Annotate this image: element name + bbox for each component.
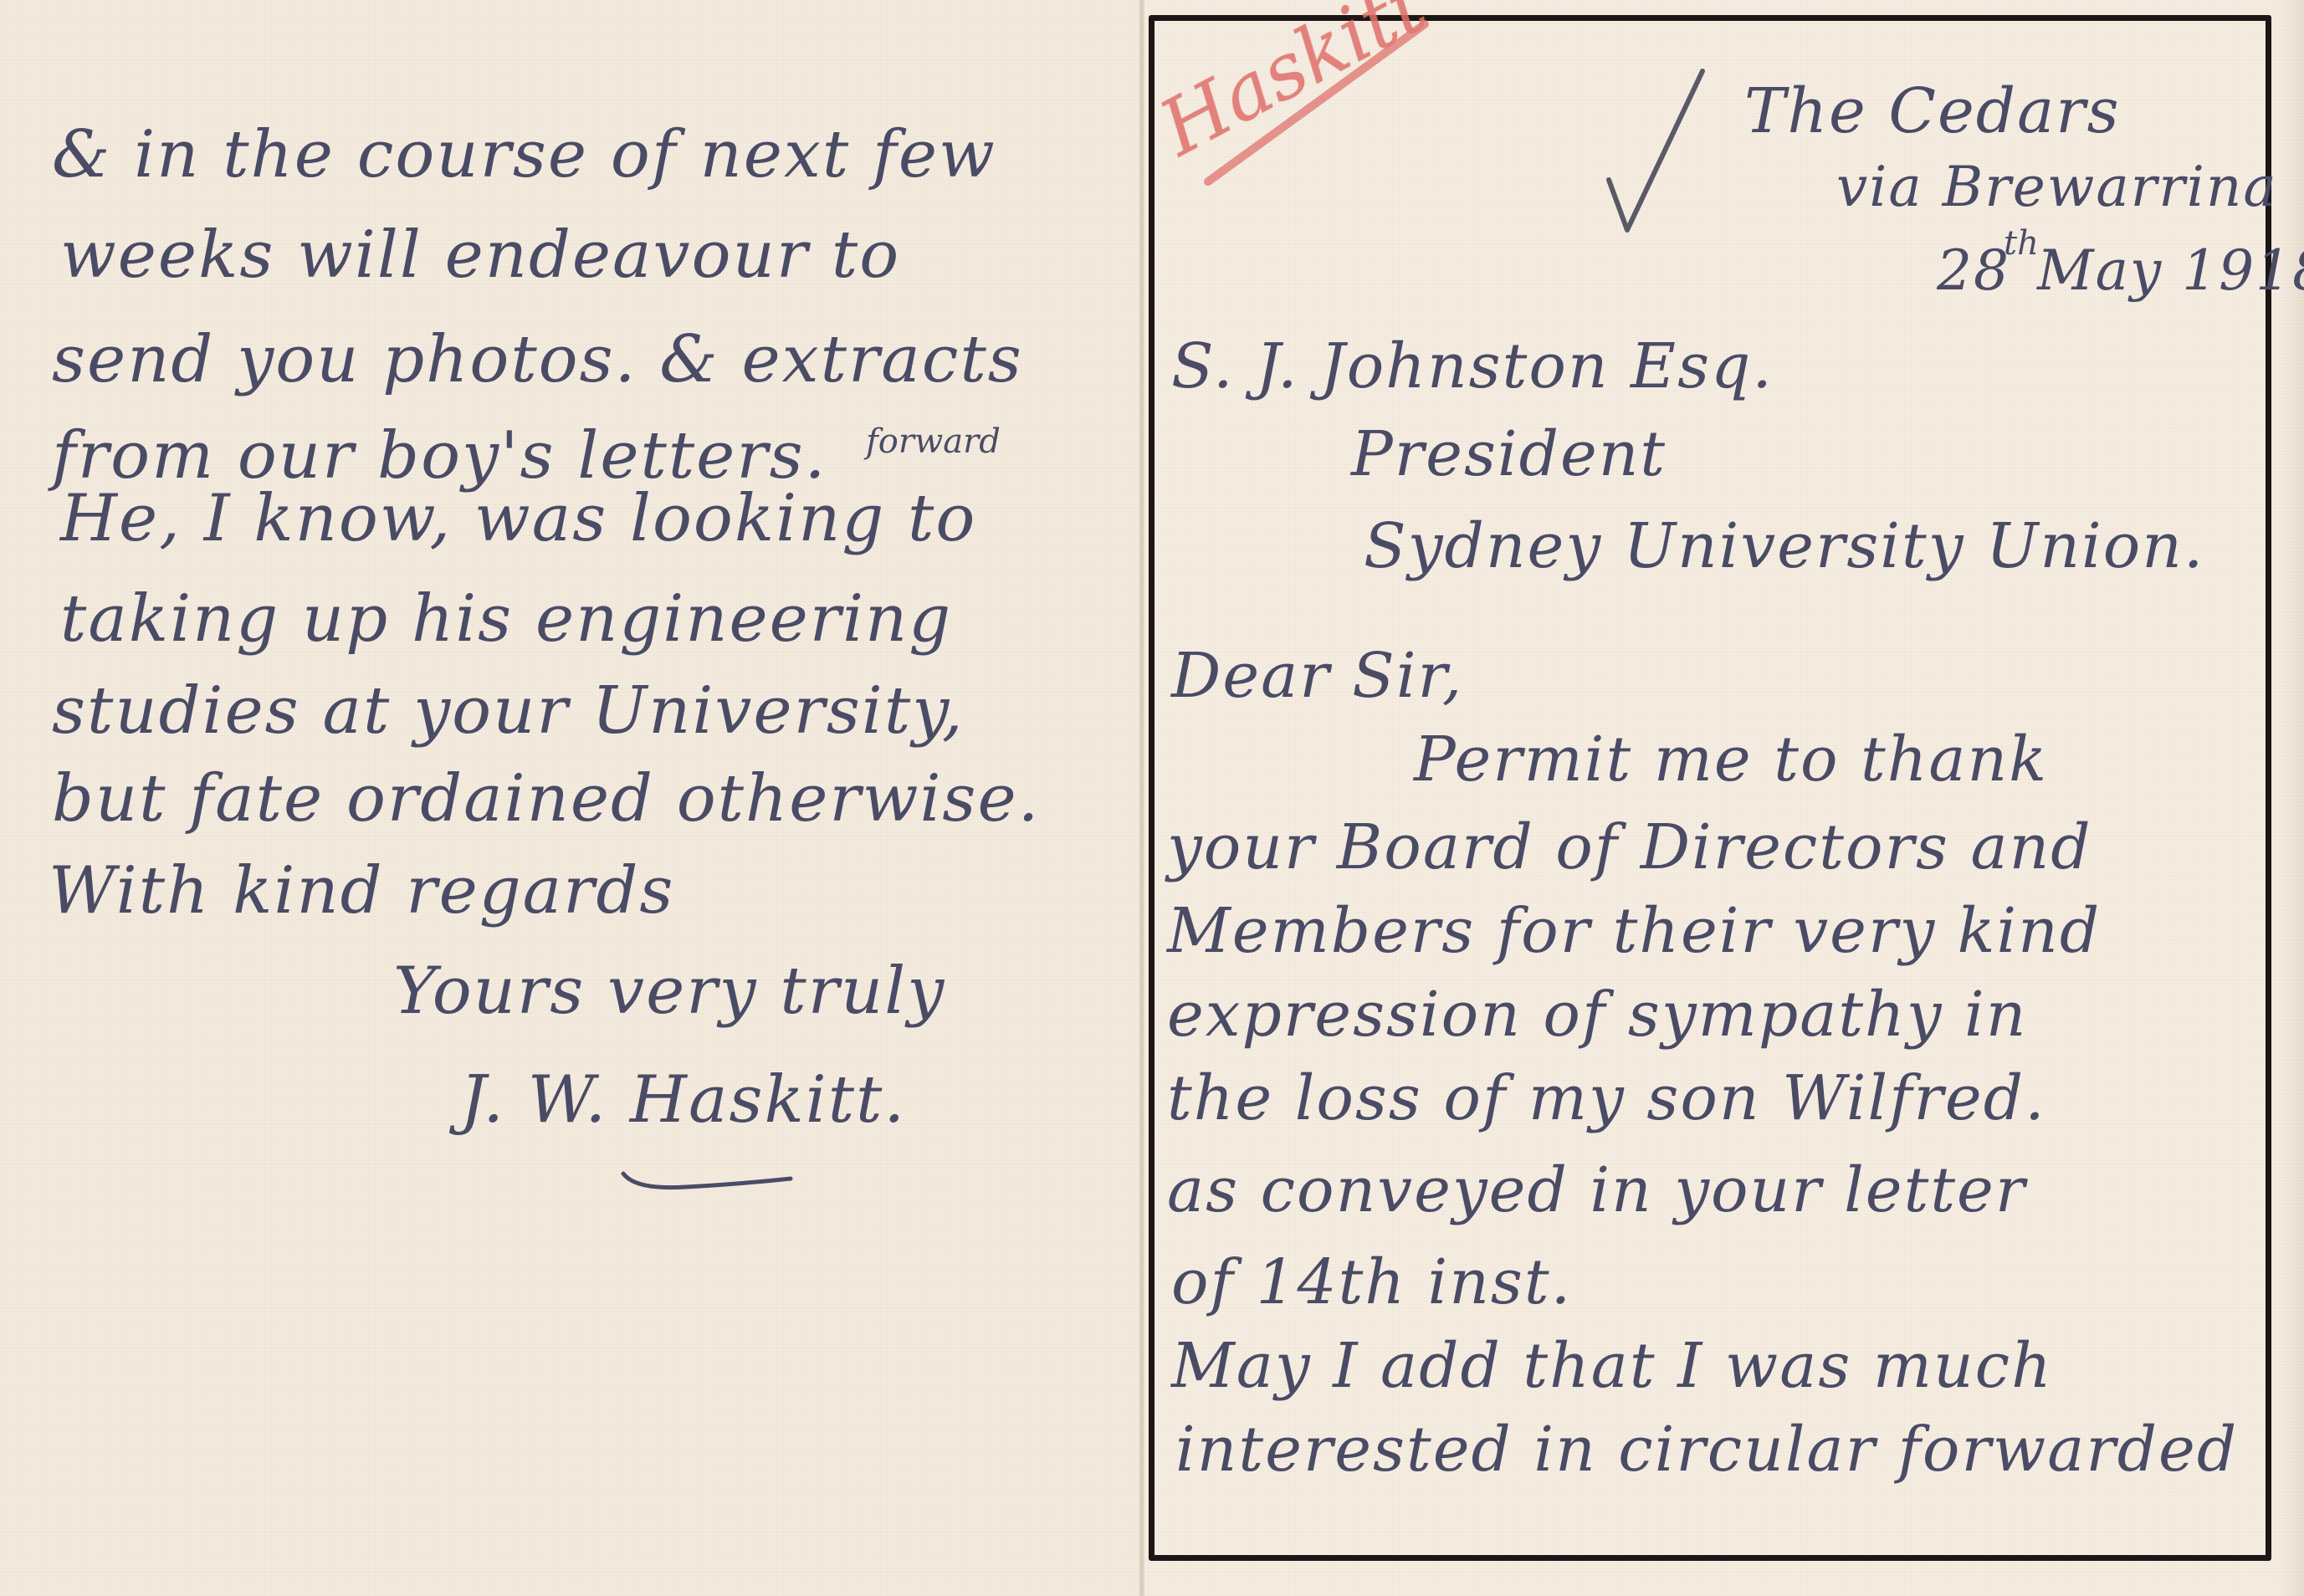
left-line-5: He, I know, was looking to	[60, 481, 976, 556]
body-line-6: as conveyed in your letter	[1167, 1154, 2026, 1226]
salutation: Dear Sir,	[1171, 640, 1463, 712]
left-line-8: but fate ordained otherwise.	[52, 761, 1040, 836]
date-suffix: th	[2004, 224, 2039, 263]
body-line-2: your Board of Directors and	[1167, 811, 2092, 883]
left-line-9: With kind regards	[49, 853, 674, 928]
recipient-title: President	[1351, 418, 1667, 490]
body-line-5: the loss of my son Wilfred.	[1167, 1062, 2046, 1134]
body-line-1: Permit me to thank	[1414, 724, 2048, 795]
date-day: 28	[1937, 238, 2010, 303]
recipient-organisation: Sydney University Union.	[1364, 510, 2204, 582]
body-line-8: May I add that I was much	[1171, 1330, 2053, 1402]
left-line-7: studies at your University,	[52, 673, 965, 749]
date-rest: May 1918	[2037, 238, 2304, 303]
body-line-9: interested in circular forwarded	[1175, 1414, 2238, 1486]
left-line-1: & in the course of next few	[52, 117, 996, 192]
recipient-name: S. J. Johnston Esq.	[1171, 330, 1774, 402]
body-line-7: of 14th inst.	[1171, 1246, 1572, 1318]
checkmark-icon	[1602, 63, 1711, 247]
address-line-2: via Brewarrina	[1836, 155, 2278, 219]
body-line-3: Members for their very kind	[1167, 895, 2101, 967]
body-line-4: expression of sympathy in	[1167, 979, 2027, 1051]
left-line-3: send you photos. & extracts	[52, 322, 1023, 397]
left-line-2: weeks will endeavour to	[60, 217, 900, 293]
left-line-6: taking up his engineering	[60, 581, 952, 657]
signature-flourish	[619, 1167, 795, 1192]
insertion-forward: forward	[866, 422, 1001, 461]
address-line-1: The Cedars	[1744, 75, 2121, 147]
closing: Yours very truly	[393, 954, 945, 1029]
signature: J. W. Haskitt.	[460, 1062, 906, 1138]
